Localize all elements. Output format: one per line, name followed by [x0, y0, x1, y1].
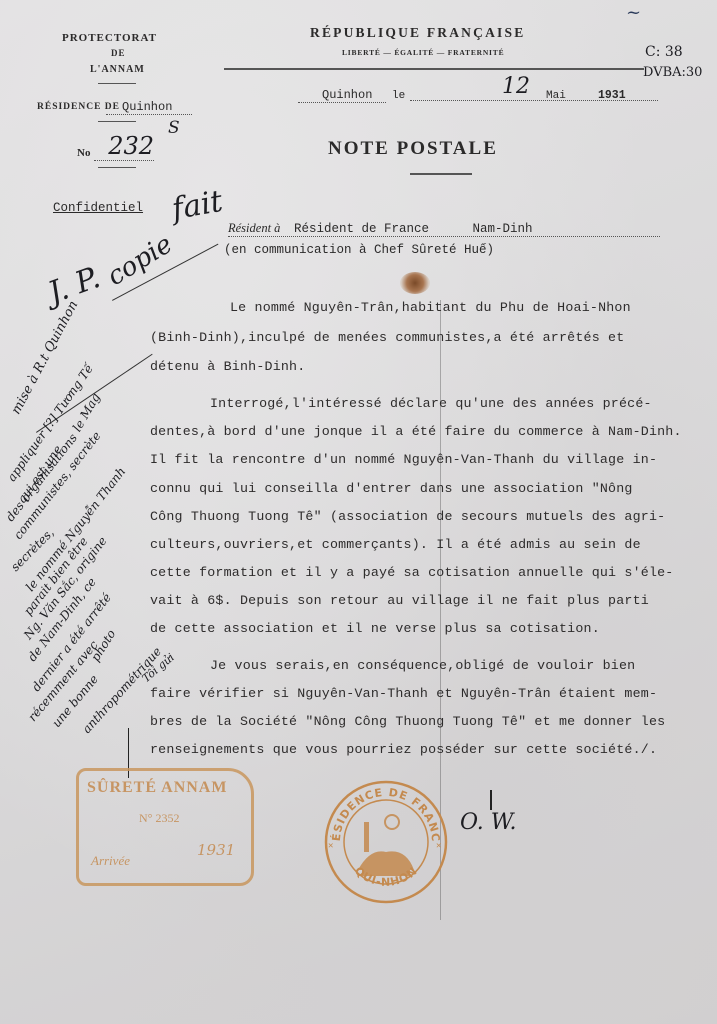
cc-line: (en communication à Chef Sûreté Huế) — [224, 243, 494, 257]
body-line: connu qui lui conseilla d'entrer dans un… — [150, 481, 633, 496]
divider — [98, 167, 136, 168]
body-line: Le nommé Nguyên-Trân,habitant du Phu de … — [230, 300, 631, 315]
body-line: Il fit la rencontre d'un nommé Nguyên-Va… — [150, 452, 657, 467]
protectorate-de: DE — [111, 48, 126, 58]
body-line: dentes,à bord d'une jonque il a été fair… — [150, 424, 682, 439]
republic-motto: LIBERTÉ — ÉGALITÉ — FRATERNITÉ — [342, 48, 504, 57]
stamp-year: 1931 — [197, 841, 235, 859]
residence-field: Quinhon — [106, 100, 192, 115]
seal-emblem-icon: RÉSIDENCE DE FRANCE QUI-NHON ✕ ✕ — [322, 778, 450, 906]
stamp-number: N° 2352 — [139, 811, 179, 826]
body-line: Công Thuong Tuong Tê" (association de se… — [150, 509, 665, 524]
number-label: No — [77, 147, 90, 159]
header-rule — [224, 68, 644, 70]
number-value: 232 — [94, 132, 154, 161]
date-month: Mai — [546, 90, 566, 102]
page-title: NOTE POSTALE — [328, 138, 498, 160]
archive-ref-1: C: 38 — [645, 44, 683, 60]
residence-seal: RÉSIDENCE DE FRANCE QUI-NHON ✕ ✕ — [322, 778, 450, 906]
stamp-arrival: Arrivée — [91, 853, 130, 869]
divider — [98, 121, 136, 122]
signature-mark — [490, 790, 493, 810]
svg-text:✕: ✕ — [436, 841, 441, 851]
body-line: culteurs,ouvriers,et commerçants). Il a … — [150, 537, 641, 552]
handwritten-signature: O. W. — [460, 810, 517, 835]
body-line: vait à 6$. Depuis son retour au village … — [150, 593, 649, 608]
date-field: 12 Mai 1931 — [410, 78, 658, 101]
body-line: faire vérifier si Nguyên-Van-Thanh et Ng… — [150, 686, 657, 701]
body-line: cette formation et il y a payé sa cotisa… — [150, 565, 673, 580]
from-label: Résident à — [228, 221, 280, 235]
classification-label: Confidentiel — [53, 201, 143, 215]
residence-value: Quinhon — [122, 100, 172, 114]
ink-stain — [400, 272, 430, 294]
place-value: Quinhon — [322, 88, 372, 102]
body-line: Je vous serais,en conséquence,obligé de … — [210, 658, 635, 673]
body-line: (Binh-Dinh),inculpé de menées communiste… — [150, 330, 624, 345]
divider — [98, 83, 136, 84]
recipient-place: Nam-Dinh — [472, 222, 532, 236]
svg-text:✕: ✕ — [328, 841, 333, 851]
arrival-stamp: SÛRETÉ ANNAM N° 2352 1931 Arrivée — [76, 768, 254, 886]
body-line: détenu à Binh-Dinh. — [150, 359, 305, 374]
seal-ring-top: RÉSIDENCE DE FRANCE — [322, 778, 442, 843]
body-line: bres de la Société "Nông Công Thuong Tuo… — [150, 714, 665, 729]
protectorate-label: PROTECTORAT — [62, 32, 157, 44]
title-underline — [410, 173, 472, 175]
recipient-name: Résident de France — [294, 222, 429, 236]
republic-title: RÉPUBLIQUE FRANÇAISE — [310, 25, 525, 41]
svg-text:RÉSIDENCE DE FRANCE: RÉSIDENCE DE FRANCE — [322, 778, 442, 843]
body-line: de cette association et il ne verse plus… — [150, 621, 600, 636]
date-year: 1931 — [598, 89, 626, 102]
number-suffix: S — [168, 118, 180, 138]
body-line: renseignements que vous pourriez posséde… — [150, 742, 657, 757]
top-right-mark: ~ — [626, 2, 641, 23]
date-day: 12 — [502, 74, 530, 99]
place-field: Quinhon — [298, 88, 386, 103]
date-prefix: le — [392, 90, 405, 102]
recipient-line: Résident à Résident de France Nam-Dinh — [228, 221, 660, 237]
annam-label: L'ANNAM — [90, 64, 145, 75]
body-line: Interrogé,l'intéressé déclare qu'une des… — [210, 396, 652, 411]
stamp-agency: SÛRETÉ ANNAM — [87, 779, 227, 797]
